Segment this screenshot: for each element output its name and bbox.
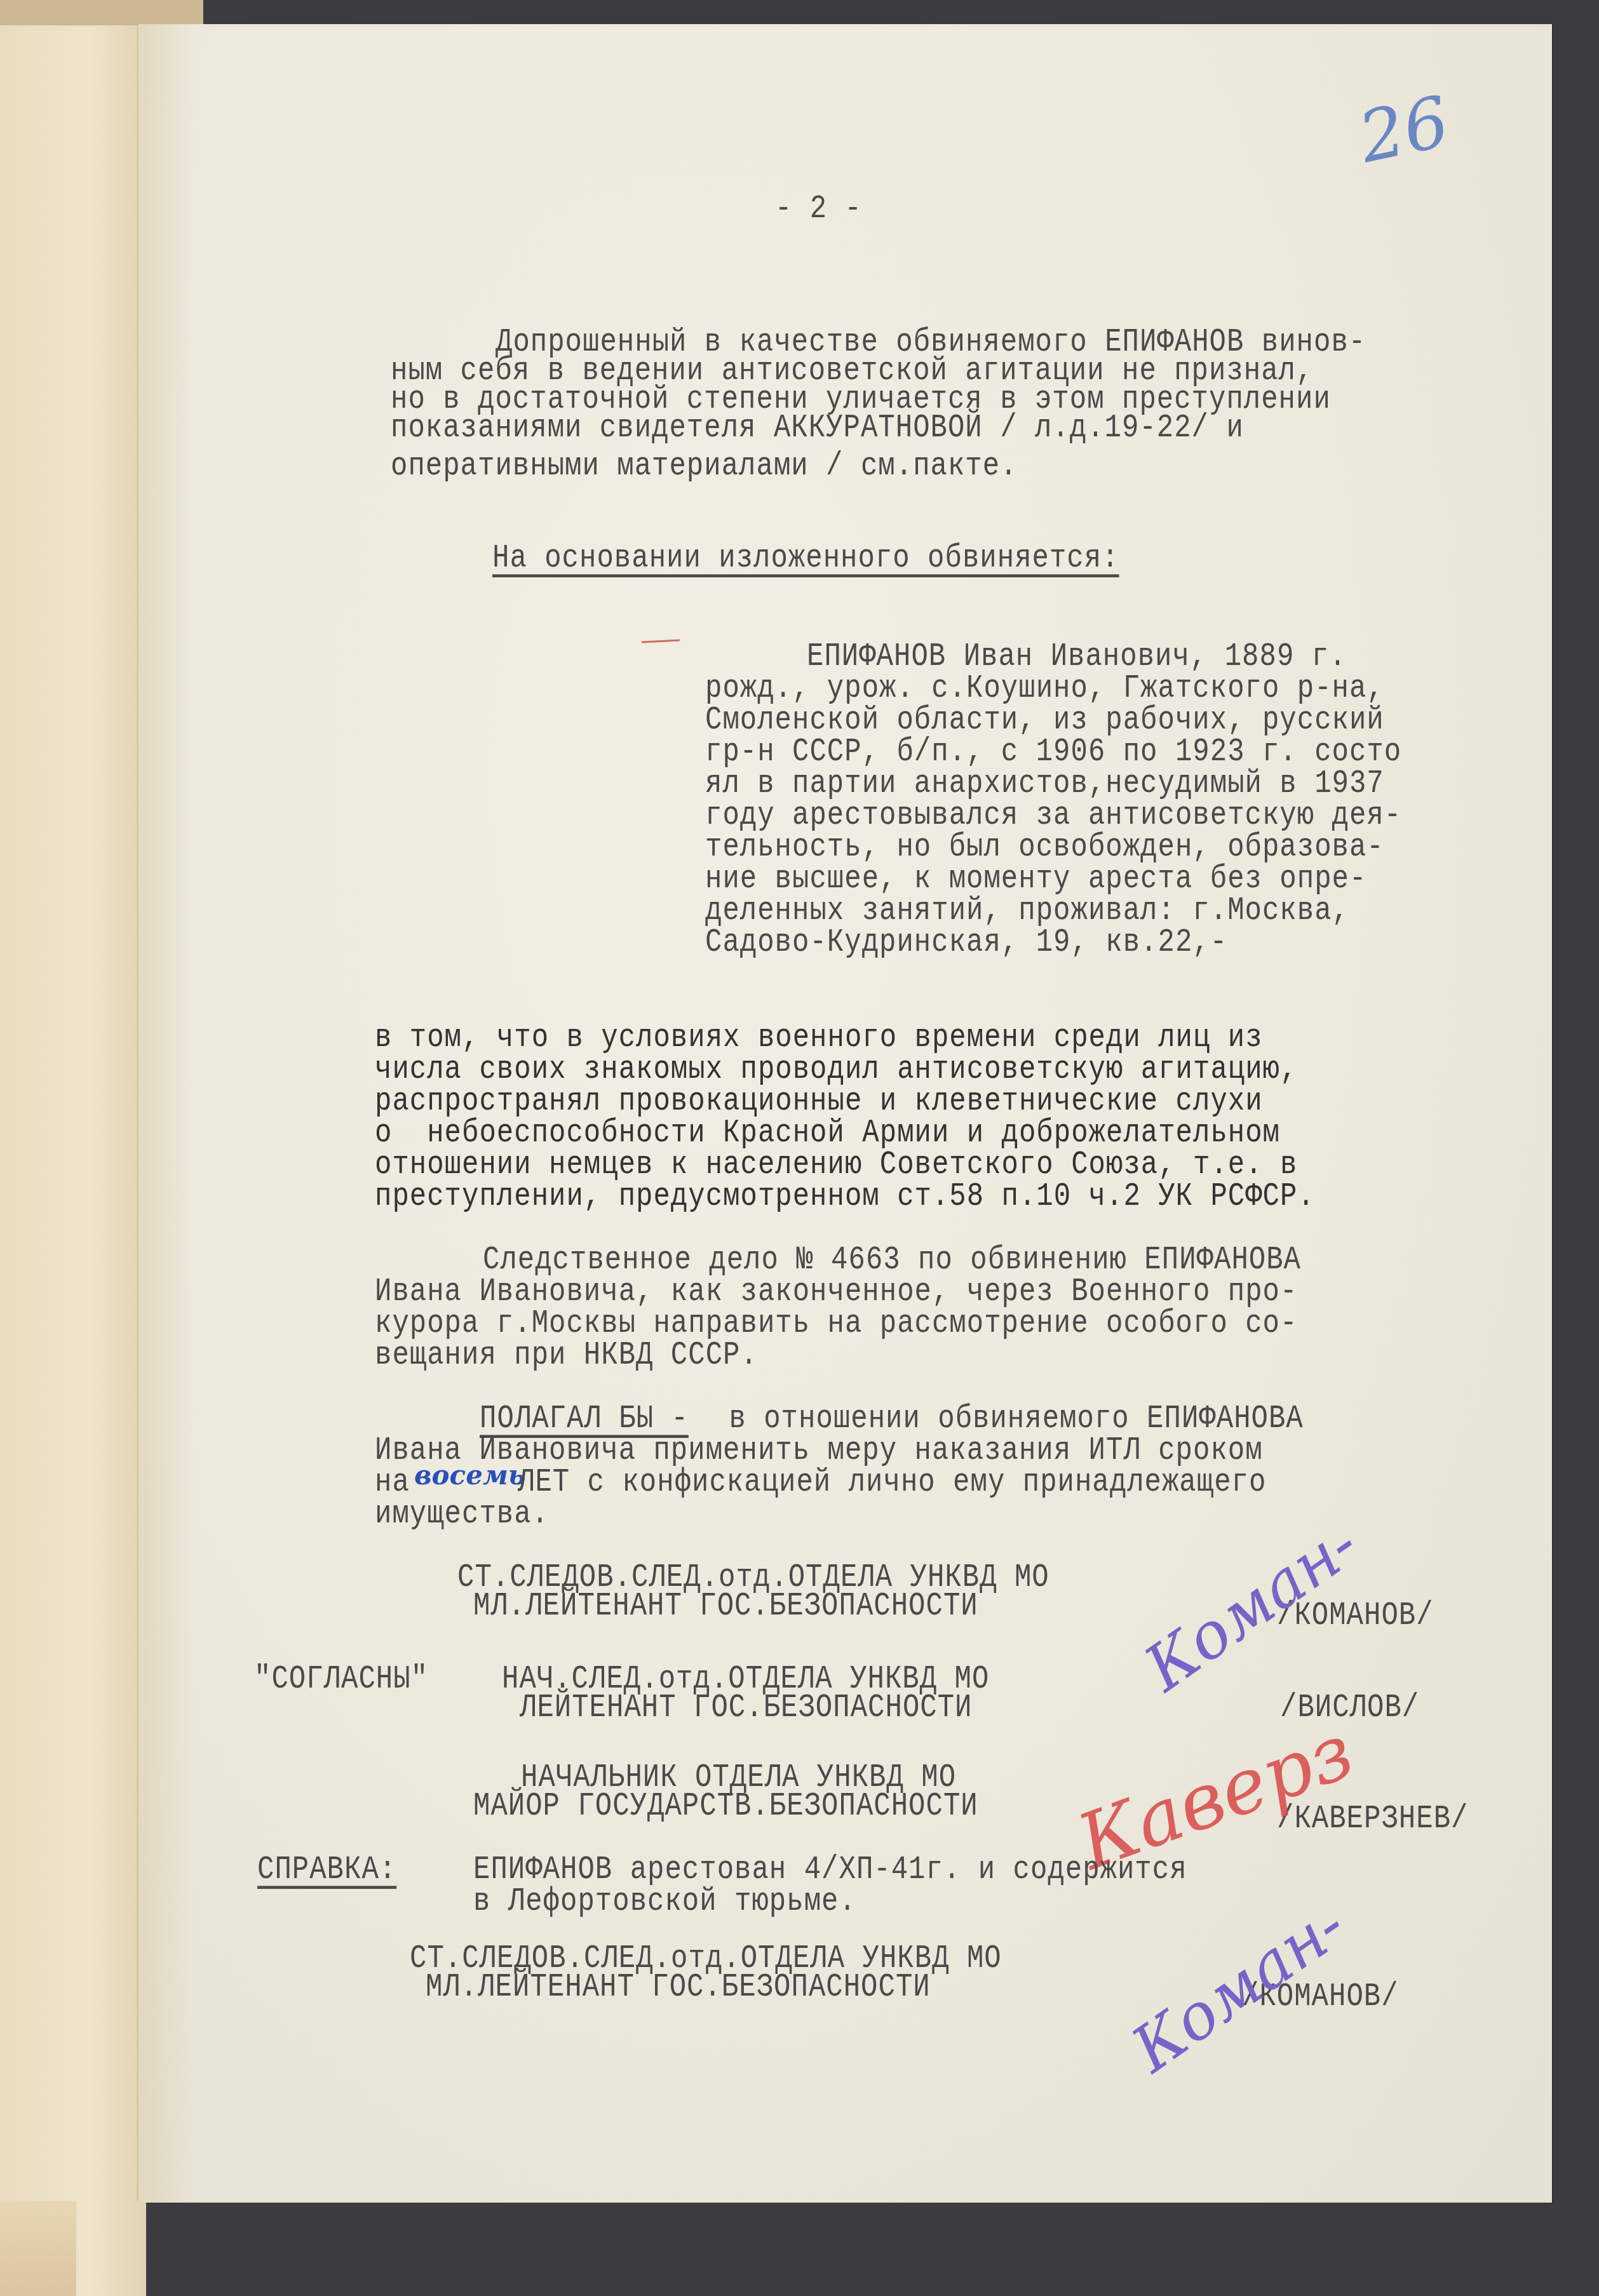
text-line: вещания при НКВД СССР. — [375, 1337, 758, 1374]
text-line: ЛЕТ с конфискацией лично ему принадлежащ… — [518, 1464, 1266, 1501]
handwritten-term: восемь — [414, 1460, 526, 1491]
note-label: СПРАВКА: — [257, 1851, 396, 1889]
signatory-rank: МАЙОР ГОСУДАРСТВ.БЕЗОПАСНОСТИ — [473, 1788, 978, 1825]
text-line: имущества. — [375, 1496, 549, 1533]
signatory-rank: МЛ.ЛЕЙТЕНАНТ ГОС.БЕЗОПАСНОСТИ — [473, 1588, 978, 1625]
folder-cover-top — [0, 0, 203, 25]
text-line: в Лефортовской тюрьме. — [473, 1883, 856, 1921]
text-line: Садово-Кудринская, 19, кв.22,- — [705, 924, 1227, 962]
heading-charged: На основании изложенного обвиняется: — [492, 540, 1119, 577]
approval-prefix: "СОГЛАСНЫ" — [254, 1661, 428, 1698]
signatory-rank: МЛ.ЛЕЙТЕНАНТ ГОС.БЕЗОПАСНОСТИ — [426, 1969, 931, 2006]
folder-cover-bottom — [0, 2201, 76, 2296]
page-edge-shadow — [138, 24, 196, 2203]
folder-cover-left — [0, 0, 146, 2296]
page-number: - 2 - — [775, 191, 862, 228]
text-line: показаниями свидетеля АККУРАТНОВОЙ / л.д… — [391, 410, 1244, 447]
signatory-rank: ЛЕЙТЕНАНТ ГОС.БЕЗОПАСНОСТИ — [520, 1689, 973, 1727]
text-line: преступлении, предусмотренном ст.58 п.10… — [375, 1178, 1315, 1216]
text-line: оперативными материалами / см.пакте. — [391, 448, 1018, 485]
